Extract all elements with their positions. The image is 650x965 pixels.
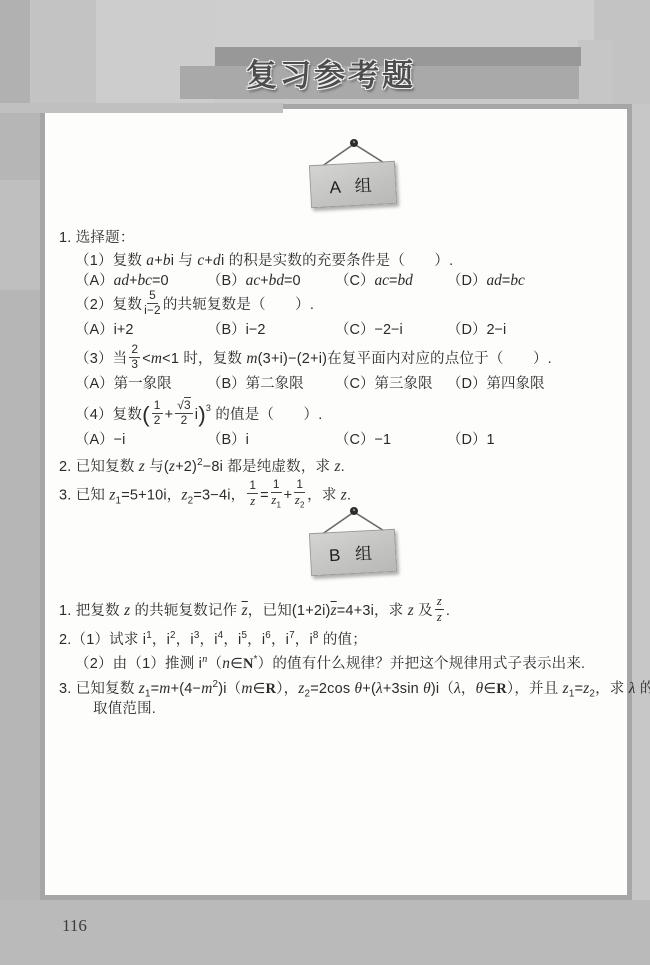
problem-a1-q2: （2）复数5i−2的共轭复数是（ ）. xyxy=(75,291,314,319)
problem-b1: 1. 把复数 z 的共轭复数记作 z，已知(1+2i)z=4+3i，求 z 及z… xyxy=(59,596,450,626)
problem-a1-q3: （3）当23<m<1 时，复数 m(3+i)−(2+i)在复平面内对应的点位于（… xyxy=(75,345,552,373)
problem-b2-part1: 2.（1）试求 i1，i2，i3，i4，i5，i6，i7，i8 的值； xyxy=(59,626,367,650)
option-d: （D）1 xyxy=(447,428,495,449)
option-d: （D）第四象限 xyxy=(447,372,544,393)
option-b: （B）i−2 xyxy=(207,318,265,339)
problem-a1-q4: （4）复数(12+√32i)3 的值是（ ）. xyxy=(75,398,322,429)
option-c: （C）第三象限 xyxy=(335,372,432,393)
group-a-sign: A 组 xyxy=(303,136,403,210)
group-b-sign: B 组 xyxy=(303,504,403,578)
problem-a2: 2. 已知复数 z 与(z+2)2−8i 都是纯虚数，求 z. xyxy=(59,453,345,477)
option-c: （C）−2−i xyxy=(335,318,403,339)
page-number: 116 xyxy=(62,916,87,936)
option-d: （D）2−i xyxy=(447,318,506,339)
problem-a1-q1: （1）复数 a+bi 与 c+di 的积是实数的充要条件是（ ）. xyxy=(75,251,453,271)
group-a-label: A 组 xyxy=(309,161,397,208)
option-c: （C）−1 xyxy=(335,428,391,449)
option-a: （A）第一象限 xyxy=(75,372,172,393)
problem-b2-part2: （2）由（1）推测 in（n∈N*）的值有什么规律？并把这个规律用式子表示出来. xyxy=(75,650,585,674)
option-b: （B）ac+bd=0 xyxy=(207,269,301,290)
option-a: （A）i+2 xyxy=(75,318,133,339)
bg-patch xyxy=(0,900,650,965)
options-row: （A）第一象限 （B）第二象限 （C）第三象限 （D）第四象限 xyxy=(0,372,582,392)
group-b-label: B 组 xyxy=(309,529,397,576)
option-d: （D）ad=bc xyxy=(447,269,525,290)
page-title: 复习参考题 xyxy=(246,50,416,95)
option-a: （A）−i xyxy=(75,428,125,449)
bg-patch xyxy=(0,0,30,106)
bg-strip xyxy=(0,103,283,113)
option-b: （B）i xyxy=(207,428,249,449)
option-b: （B）第二象限 xyxy=(207,372,304,393)
option-c: （C）ac=bd xyxy=(335,269,413,290)
option-a: （A）ad+bc=0 xyxy=(75,269,169,290)
options-row: （A）ad+bc=0 （B）ac+bd=0 （C）ac=bd （D）ad=bc xyxy=(0,269,582,289)
options-row: （A）i+2 （B）i−2 （C）−2−i （D）2−i xyxy=(0,318,582,338)
problem-b3-line2: 取值范围. xyxy=(93,699,156,719)
textbook-page: 复习参考题 A 组 1. 选择题： （1）复数 a+bi 与 c+di 的积是实… xyxy=(0,0,650,965)
options-row: （A）−i （B）i （C）−1 （D）1 xyxy=(0,428,582,448)
bg-patch xyxy=(632,104,650,900)
problem-a1-head: 1. 选择题： xyxy=(59,228,135,248)
